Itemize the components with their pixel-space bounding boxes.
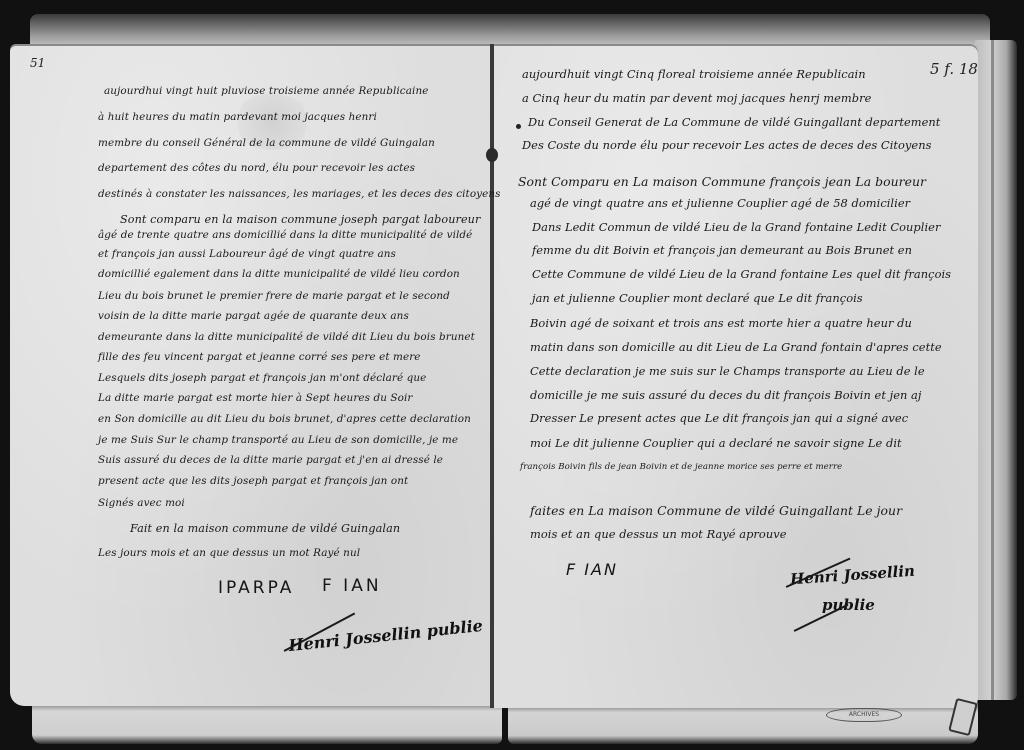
left-text-line: Lesquels dits joseph pargat et françois …	[98, 372, 426, 384]
left-text-line: aujourdhui vingt huit pluviose troisieme…	[104, 85, 429, 97]
left-text-line: Lieu du bois brunet le premier frere de …	[98, 290, 450, 302]
left-text-line: âgé de trente quatre ans domicillié dans…	[98, 229, 472, 241]
left-text-line: je me Suis Sur le champ transporté au Li…	[98, 434, 458, 446]
left-text-line: departement des côtes du nord, élu pour …	[98, 162, 415, 174]
right-text-line: Cette Commune de vildé Lieu de la Grand …	[532, 267, 951, 281]
archive-stamp: ARCHIVES	[826, 708, 902, 722]
signature-jan-left: F IAN	[322, 576, 382, 596]
book-right-edge	[975, 40, 1017, 700]
left-text-line: domicillié egalement dans la ditte munic…	[98, 268, 460, 280]
page-gutter	[490, 44, 494, 708]
right-text-line: matin dans son domicille au dit Lieu de …	[530, 340, 942, 354]
left-text-line: destinés à constater les naissances, les…	[98, 188, 501, 200]
left-text-line: Sont comparu en la maison commune joseph…	[120, 213, 480, 226]
left-text-line: Signés avec moi	[98, 497, 185, 509]
right-text-line: agé de vingt quatre ans et julienne Coup…	[530, 196, 910, 210]
left-text-line: Les jours mois et an que dessus un mot R…	[98, 547, 360, 559]
right-text-line: Cette declaration je me suis sur le Cham…	[530, 364, 925, 378]
left-text-line: Fait en la maison commune de vildé Guing…	[130, 522, 400, 535]
scanned-document: 51 aujourdhui vingt huit pluviose troisi…	[0, 0, 1024, 750]
signature-jan-right: F IAN	[566, 560, 618, 579]
margin-dot	[516, 124, 521, 129]
right-text-line: moi Le dit julienne Couplier qui a decla…	[530, 436, 902, 450]
book-bottom-edge-right	[508, 702, 978, 744]
left-text-line: et françois jan aussi Laboureur âgé de v…	[98, 248, 396, 260]
left-text-line: present acte que les dits joseph pargat …	[98, 475, 408, 487]
right-text-line: a Cinq heur du matin par devent moj jacq…	[522, 91, 871, 105]
right-text-line: domicille je me suis assuré du deces du …	[530, 388, 921, 402]
left-text-line: fille des feu vincent pargat et jeanne c…	[98, 351, 421, 363]
left-text-line: demeurante dans la ditte municipalité de…	[98, 331, 475, 343]
right-text-line: Sont Comparu en La maison Commune franço…	[518, 174, 926, 189]
left-text-line: voisin de la ditte marie pargat agée de …	[98, 310, 409, 322]
right-text-line: Du Conseil Generat de La Commune de vild…	[528, 115, 940, 129]
left-text-line: en Son domicille au dit Lieu du bois bru…	[98, 413, 471, 425]
right-text-line: faites en La maison Commune de vildé Gui…	[530, 503, 902, 518]
book-bottom-edge-left	[32, 700, 502, 744]
right-text-line: jan et julienne Couplier mont declaré qu…	[532, 291, 863, 305]
left-text-line: La ditte marie pargat est morte hier à S…	[98, 392, 413, 404]
right-text-line: Des Coste du norde élu pour recevoir Les…	[522, 138, 932, 152]
left-text-line: membre du conseil Général de la commune …	[98, 137, 435, 149]
right-text-line: mois et an que dessus un mot Rayé aprouv…	[530, 527, 787, 541]
right-text-line: Dans Ledit Commun de vildé Lieu de la Gr…	[532, 220, 940, 234]
right-text-line: Boivin agé de soixant et trois ans est m…	[530, 316, 912, 330]
left-text-line: Suis assuré du deces de la ditte marie p…	[98, 454, 443, 466]
left-folio-number: 51	[30, 56, 45, 70]
right-text-line: françois Boivin fils de jean Boivin et d…	[520, 462, 842, 472]
binding-thread-knot	[486, 148, 498, 162]
right-text-line: Dresser Le present actes que Le dit fran…	[530, 411, 908, 425]
right-folio-number: 5 f. 18	[930, 60, 978, 78]
left-text-line: à huit heures du matin pardevant moi jac…	[98, 111, 377, 123]
right-text-line: aujourdhuit vingt Cinq floreal troisieme…	[522, 67, 866, 81]
right-text-line: femme du dit Boivin et françois jan deme…	[532, 243, 912, 257]
signature-pargat: IPARPA	[218, 578, 294, 598]
